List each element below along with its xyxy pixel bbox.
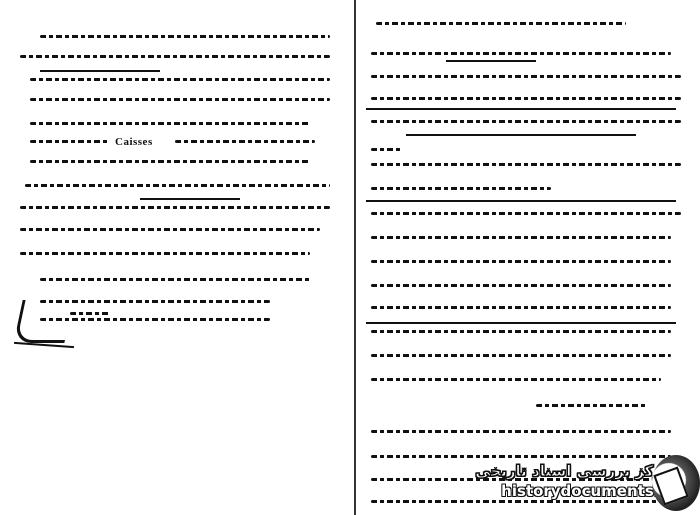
handwritten-line: [371, 455, 671, 458]
handwritten-line: [40, 300, 270, 303]
handwritten-line: [371, 236, 671, 239]
handwritten-line: [175, 140, 315, 143]
handwritten-line: [30, 122, 310, 125]
watermark-persian-text: مرکز بررسی اسناد تاریخی: [475, 462, 672, 480]
latin-word: Caisses: [115, 136, 153, 148]
underline: [406, 134, 636, 136]
handwritten-line: [25, 184, 330, 187]
handwritten-line: [30, 160, 310, 163]
handwritten-line: [20, 206, 330, 209]
handwritten-line: [371, 148, 401, 151]
handwritten-line: [371, 163, 681, 166]
handwritten-line: [40, 35, 330, 38]
handwritten-line: [371, 75, 681, 78]
underline: [366, 322, 676, 324]
handwritten-line: [30, 78, 330, 81]
handwritten-line: [371, 330, 671, 333]
handwritten-line: [40, 318, 270, 321]
signature: [13, 300, 73, 343]
watermark: مرکز بررسی اسناد تاریخی historydocuments…: [475, 462, 672, 500]
handwritten-line: [371, 120, 681, 123]
handwritten-line: [371, 430, 671, 433]
handwritten-line: [371, 187, 551, 190]
underline: [366, 108, 676, 110]
handwritten-line: [371, 212, 681, 215]
handwritten-line: [20, 228, 320, 231]
watermark-url: historydocuments.ir: [475, 482, 672, 500]
handwritten-line: [70, 312, 110, 315]
handwritten-line: [371, 500, 671, 503]
handwritten-line: [536, 404, 646, 407]
handwritten-line: [371, 260, 671, 263]
underline: [366, 200, 676, 202]
handwritten-line: [371, 284, 671, 287]
right-page: [356, 0, 700, 515]
handwritten-line: [30, 98, 330, 101]
handwritten-line: [376, 22, 626, 25]
handwritten-line: [20, 55, 330, 58]
underline: [446, 60, 536, 62]
handwritten-line: [371, 378, 661, 381]
handwritten-line: [20, 252, 310, 255]
handwritten-line: [371, 52, 671, 55]
handwritten-line: [371, 306, 671, 309]
handwritten-line: [40, 278, 310, 281]
handwritten-line: [30, 140, 110, 143]
underline: [40, 70, 160, 72]
handwritten-line: [371, 354, 671, 357]
left-page: Caisses: [0, 0, 354, 515]
handwritten-line: [371, 97, 681, 100]
underline: [140, 198, 240, 200]
